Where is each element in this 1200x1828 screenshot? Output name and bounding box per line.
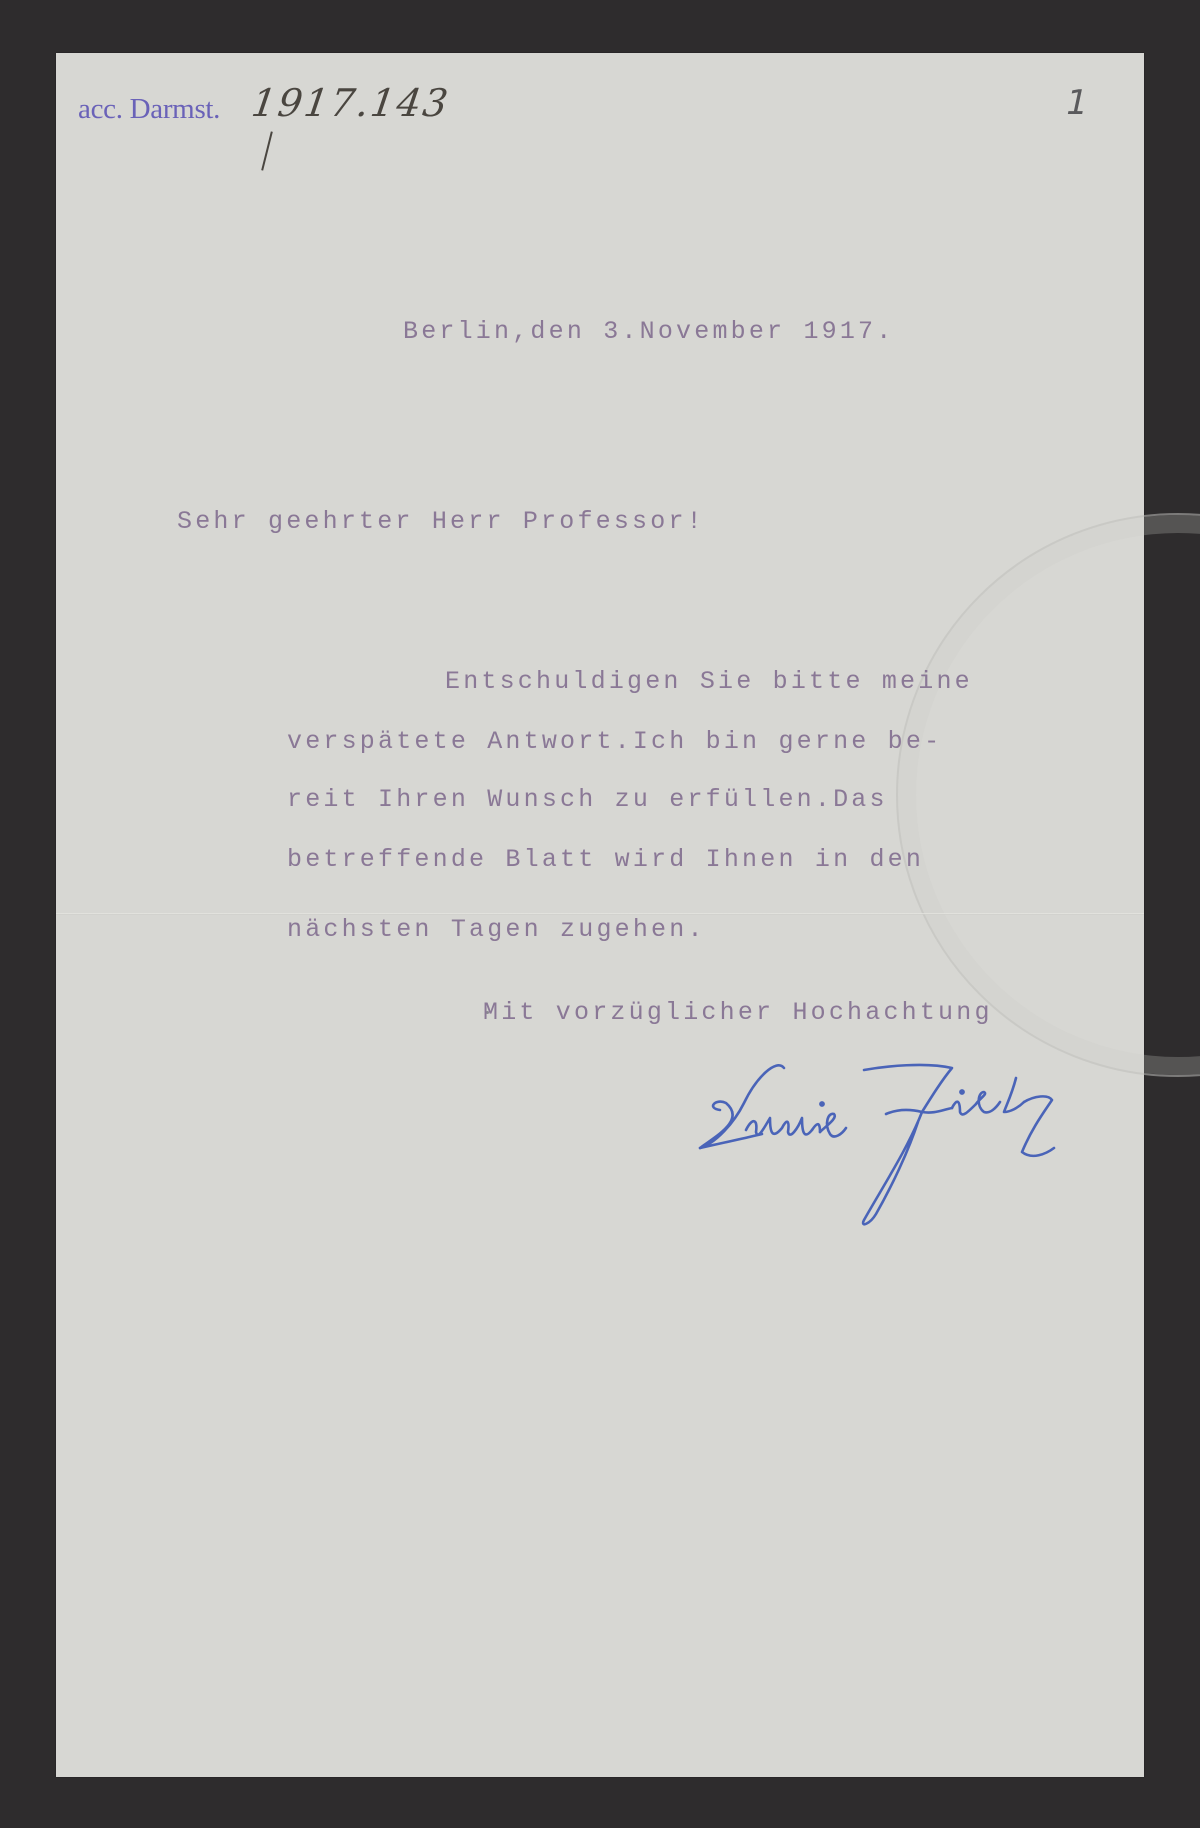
archive-stamp-text: acc. Darmst. [78,93,220,125]
archive-number-stroke [261,131,273,170]
signature-icon [686,1048,1106,1238]
closing: Mit vorzüglicher Hochachtung [483,1000,993,1025]
body-line: nächsten Tagen zugehen. [287,917,706,942]
body-line: verspätete Antwort.Ich bin gerne be- [287,729,942,754]
archive-stamp: acc. Darmst. [78,93,220,126]
archive-number: 1917.143 [249,81,453,125]
body-line: Entschuldigen Sie bitte meine [445,669,973,694]
signature [686,1048,1106,1238]
body-line: betreffende Blatt wird Ihnen in den [287,847,924,872]
date-line: Berlin,den 3.November 1917. [403,319,894,344]
embossed-seal [896,513,1200,1077]
letter-page: acc. Darmst. 1917.143 1 Berlin,den 3.Nov… [56,53,1144,1777]
salutation: Sehr geehrter Herr Professor! [177,509,705,534]
page-number: 1 [1062,83,1092,123]
body-line: reit Ihren Wunsch zu erfüllen.Das [287,787,888,812]
